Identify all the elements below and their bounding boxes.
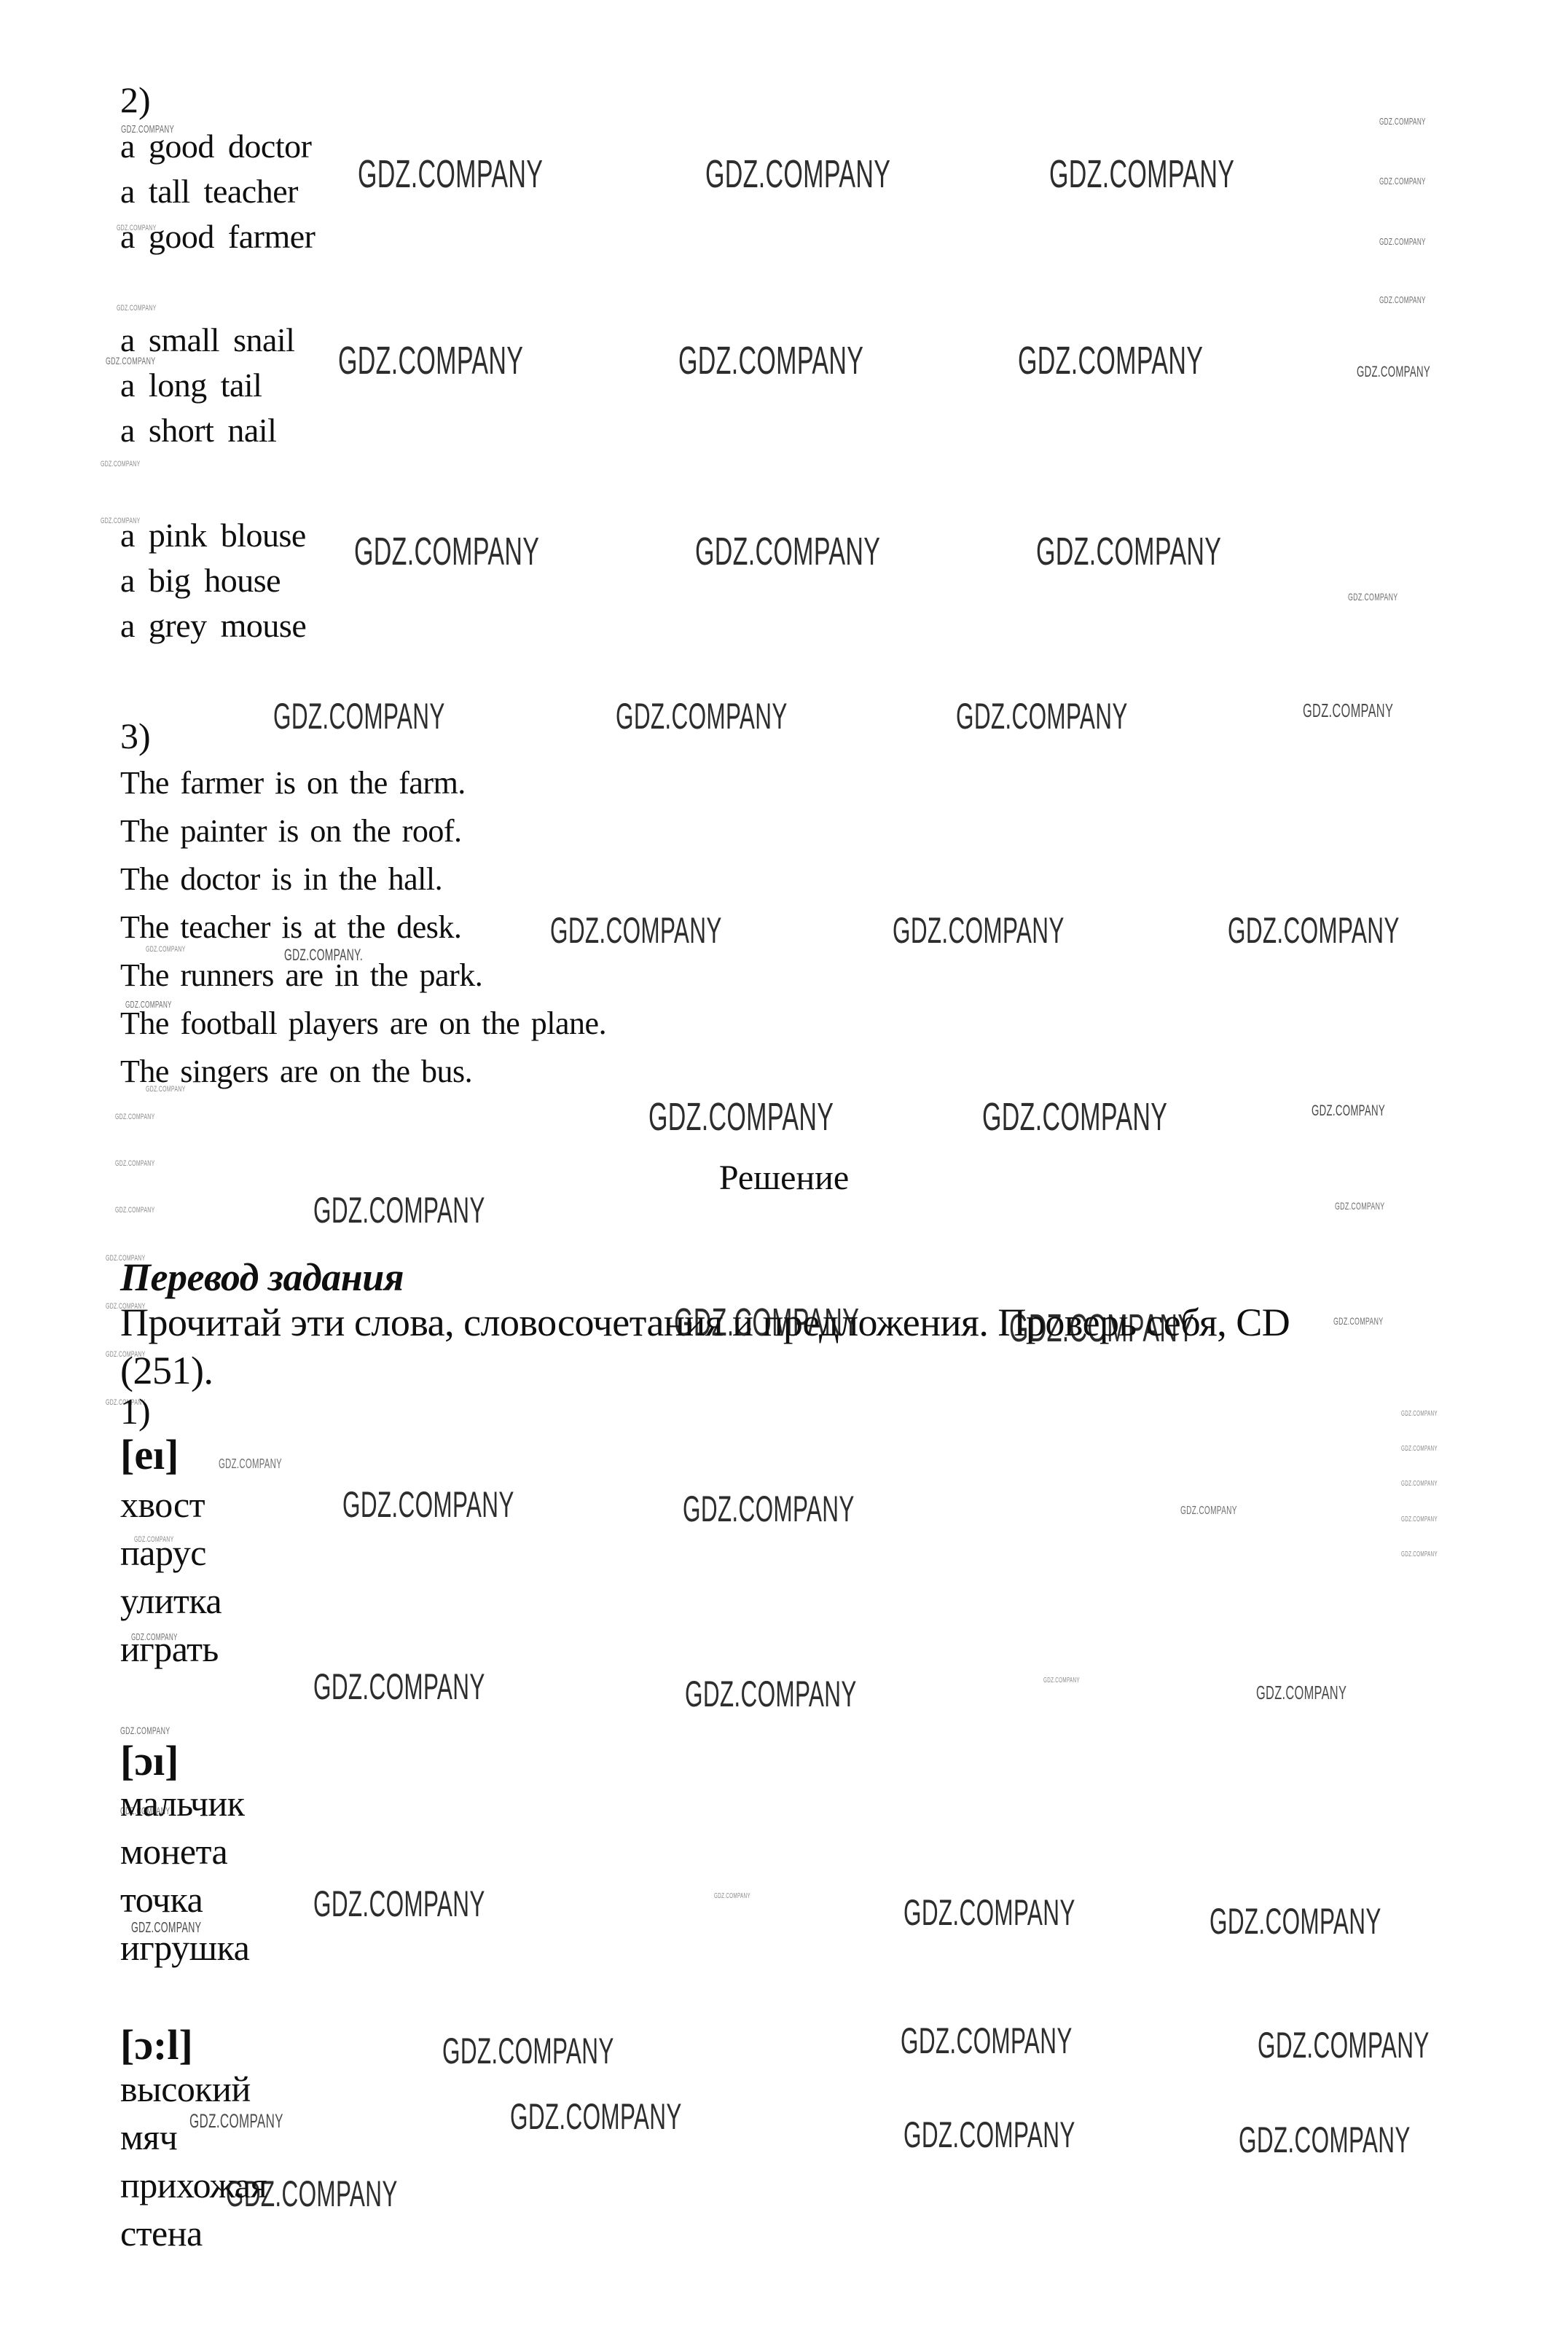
word-list-1: хвостпарусулиткаиграть <box>120 1481 1481 1673</box>
gdz-company-watermark: GDZ.COMPANY <box>1312 1103 1385 1118</box>
russian-word: высокий <box>120 2065 1481 2113</box>
russian-word: монета <box>120 1827 1481 1875</box>
gdz-company-watermark: GDZ.COMPANY <box>648 1097 834 1137</box>
word-list-3: высокиймячприхожаястена <box>120 2065 1481 2257</box>
task-text-line-1: Прочитай эти слова, словосочетания и пре… <box>120 1298 1481 1346</box>
gdz-company-watermark: GDZ.COMPANY <box>117 305 157 313</box>
gdz-company-watermark: GDZ.COMPANY <box>313 1192 485 1228</box>
section3-sentences: The farmer is on the farm.The painter is… <box>120 759 1481 1096</box>
section2-phrase-group-2: a small snaila long taila short nail <box>120 318 1481 453</box>
gdz-company-watermark: GDZ.COMPANY <box>115 1113 155 1121</box>
task-text: Прочитай эти слова, словосочетания и пре… <box>120 1298 1481 1395</box>
list1-label: 1) <box>120 1393 1481 1430</box>
gdz-company-watermark: GDZ.COMPANY <box>1043 1677 1080 1685</box>
sentence-line: The runners are in the park. <box>120 952 1481 1000</box>
translation-heading: Перевод задания <box>120 1258 1481 1297</box>
word-list-2: мальчикмонетаточкаигрушка <box>120 1779 1481 1972</box>
russian-word: точка <box>120 1875 1481 1923</box>
russian-word: мальчик <box>120 1779 1481 1827</box>
phrase-line: a good farmer <box>120 214 1481 259</box>
phrase-line: a tall teacher <box>120 169 1481 214</box>
phonetic-label-3: [ɔ:l] <box>120 2024 1481 2066</box>
russian-word: стена <box>120 2209 1481 2257</box>
phrase-line: a grey mouse <box>120 603 1481 648</box>
section2-phrase-group-1: a good doctora tall teachera good farmer <box>120 124 1481 259</box>
russian-word: мяч <box>120 2113 1481 2161</box>
sentence-line: The teacher is at the desk. <box>120 903 1481 952</box>
gdz-company-watermark: GDZ.COMPANY <box>1335 1201 1384 1211</box>
gdz-company-watermark: GDZ.COMPANY <box>1379 295 1426 305</box>
phrase-line: a pink blouse <box>120 513 1481 558</box>
gdz-company-watermark: GDZ.COMPANY <box>982 1097 1167 1137</box>
russian-word: улитка <box>120 1577 1481 1625</box>
phonetic-label-1: [еı] <box>120 1434 1481 1476</box>
scanned-document-page: GDZ.COMPANYGDZ.COMPANYGDZ.COMPANYGDZ.COM… <box>0 0 1568 2349</box>
russian-word: хвост <box>120 1481 1481 1529</box>
russian-word: игрушка <box>120 1923 1481 1972</box>
phrase-line: a short nail <box>120 408 1481 453</box>
sentence-line: The football players are on the plane. <box>120 1000 1481 1048</box>
russian-word: прихожая <box>120 2161 1481 2209</box>
gdz-company-watermark: GDZ.COMPANY <box>120 1725 170 1736</box>
sentence-line: The farmer is on the farm. <box>120 759 1481 807</box>
gdz-company-watermark: GDZ.COMPANY <box>115 1207 155 1215</box>
sentence-line: The singers are on the bus. <box>120 1048 1481 1096</box>
gdz-company-watermark: GDZ.COMPANY <box>1256 1683 1346 1702</box>
sentence-line: The painter is on the roof. <box>120 807 1481 855</box>
task-text-line-2: (251). <box>120 1346 1481 1395</box>
gdz-company-watermark: GDZ.COMPANY <box>101 460 141 468</box>
section3-label: 3) <box>120 718 1481 754</box>
phrase-line: a long tail <box>120 363 1481 408</box>
phrase-line: a good doctor <box>120 124 1481 169</box>
solution-heading: Решение <box>0 1161 1568 1196</box>
gdz-company-watermark: GDZ.COMPANY <box>685 1676 857 1712</box>
phonetic-label-2: [ɔı] <box>120 1740 1481 1782</box>
phrase-line: a small snail <box>120 318 1481 363</box>
phrase-line: a big house <box>120 558 1481 603</box>
section2-label: 2) <box>120 82 1481 118</box>
sentence-line: The doctor is in the hall. <box>120 855 1481 903</box>
gdz-company-watermark: GDZ.COMPANY <box>313 1668 485 1705</box>
section2-phrase-group-3: a pink blousea big housea grey mouse <box>120 513 1481 648</box>
russian-word: парус <box>120 1529 1481 1577</box>
russian-word: играть <box>120 1625 1481 1673</box>
